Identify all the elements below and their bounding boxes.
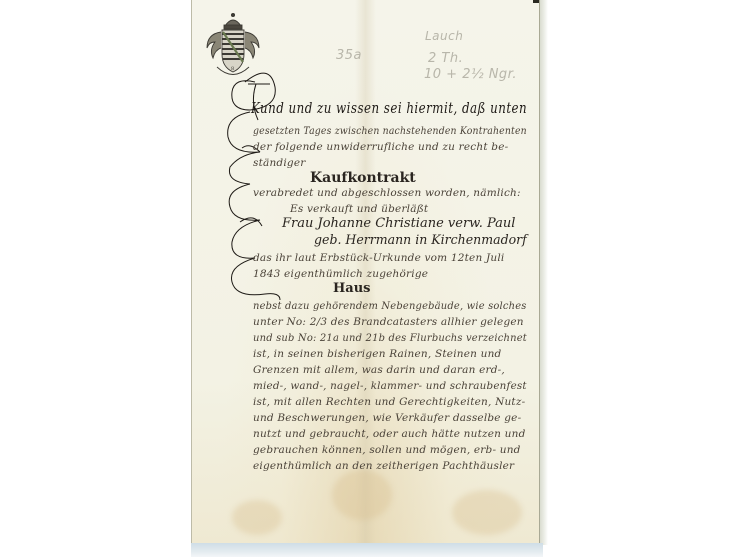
pencil-reference-note: 35a	[336, 48, 362, 63]
doc-line-7: Es verkauft und überläßt	[290, 203, 428, 215]
doc-line-11: 1843 eigenthümlich zugehörige	[253, 268, 428, 280]
doc-title-kaufkontrakt: Kaufkontrakt	[310, 170, 416, 186]
doc-line-3: der folgende unwiderrufliche und zu rech…	[253, 141, 508, 153]
page-top-corner	[533, 0, 539, 3]
doc-line-13: nebst dazu gehörendem Nebengebäude, wie …	[253, 300, 527, 312]
doc-line-21: nutzt und gebraucht, oder auch hätte nut…	[253, 428, 526, 440]
doc-line-20: und Beschwerungen, wie Verkäufer dasselb…	[253, 412, 521, 424]
doc-line-19: ist, mit allen Rechten und Gerechtigkeit…	[253, 396, 525, 408]
doc-line-18: mied-, wand-, nagel-, klammer- und schra…	[253, 380, 527, 392]
doc-line-10: das ihr laut Erbstück-Urkunde vom 12ten …	[253, 252, 504, 264]
paper-stain	[232, 500, 282, 535]
doc-line-14: unter No: 2/3 des Brandcatasters allhier…	[253, 316, 524, 328]
doc-line-16: ist, in seinen bisherigen Rainen, Steine…	[253, 348, 501, 360]
doc-line-17: Grenzen mit allem, was darin und daran e…	[253, 364, 505, 376]
paper-stain	[452, 490, 522, 535]
document-page: 8 35a Lauch 2 Th. 10 + 2½ Ngr. Kund und …	[191, 0, 540, 543]
doc-line-4: ständiger	[253, 157, 305, 169]
doc-line-15: und sub No: 21a und 21b des Flurbuchs ve…	[253, 332, 527, 344]
doc-line-6: verabredet und abgeschlossen worden, näm…	[253, 187, 521, 199]
doc-line-2: gesetzten Tages zwischen nachstehenden K…	[253, 125, 527, 137]
page-shadow-right	[540, 0, 548, 545]
doc-line-seller-maiden: geb. Herrmann in Kirchenmadorf	[314, 233, 527, 248]
pencil-note-line-2: 2 Th.	[428, 51, 463, 66]
doc-heading-haus: Haus	[333, 281, 370, 296]
doc-line-23: eigenthümlich an den zeitherigen Pachthä…	[253, 460, 514, 472]
paper-stain	[332, 470, 392, 520]
doc-line-22: gebrauchen können, sollen und mögen, erb…	[253, 444, 521, 456]
doc-line-seller: Frau Johanne Christiane verw. Paul	[282, 216, 515, 231]
pencil-note-line-3: 10 + 2½ Ngr.	[424, 67, 517, 82]
pencil-note-line-1: Lauch	[425, 29, 463, 43]
doc-line-1: Kund und zu wissen sei hiermit, daß unte…	[251, 99, 527, 117]
page-shadow-bottom	[191, 543, 543, 557]
